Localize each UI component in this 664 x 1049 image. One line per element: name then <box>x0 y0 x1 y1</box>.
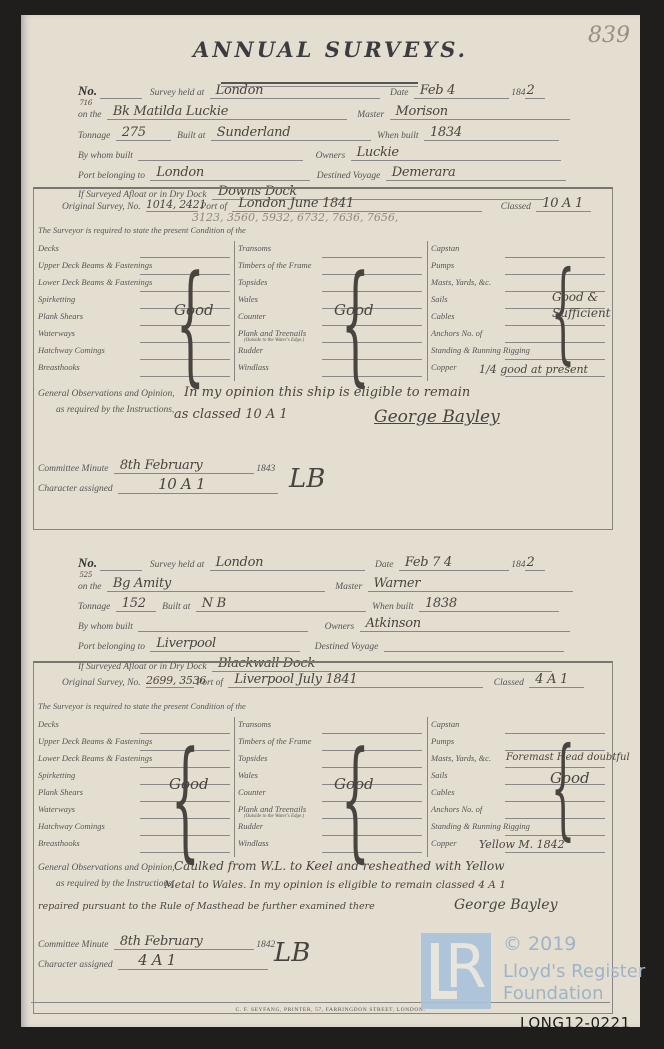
condition-item: Counter <box>238 311 426 328</box>
original-survey-row: Original Survey, No. 2699, 3536 Port of … <box>62 673 584 688</box>
condition-item: Breasthooks <box>38 838 234 855</box>
surveyor-instruction: The Surveyor is required to state the pr… <box>38 701 246 711</box>
survey-held-at-value: London <box>216 555 264 570</box>
observations-line-2: as classed 10 A 1 <box>174 407 288 422</box>
row-on-the: on the Bk Matilda Luckie Master Morison <box>78 105 570 120</box>
committee-minute-value: 8th February <box>120 458 203 473</box>
row-by-whom: By whom built Owners Atkinson <box>78 617 570 632</box>
master-value: Morison <box>396 104 448 119</box>
row-no: No. 525 Survey held at London Date Feb 7… <box>78 555 545 571</box>
condition-item: Plank and Treenails(Outside to the Water… <box>238 328 426 345</box>
brace-2: { <box>341 247 370 399</box>
watermark-copyright: © 2019 <box>503 933 576 955</box>
copper-value: 1/4 good at present <box>479 363 588 376</box>
port-of-value: London June 1841 <box>238 196 354 211</box>
condition-item: Standing & Running Rigging <box>431 821 609 838</box>
classed-value: 4 A 1 <box>535 672 568 687</box>
vessel-name: Bk Matilda Luckie <box>113 104 228 119</box>
condition-item: Transoms <box>238 719 426 736</box>
condition-item: Lower Deck Beams & Fastenings <box>38 753 234 770</box>
col2-condition: Good <box>334 301 374 319</box>
col2-condition: Good <box>334 775 374 793</box>
master-value: Warner <box>374 576 421 591</box>
owners-value: Atkinson <box>366 616 421 631</box>
archive-reference: LONG12-0221 <box>520 1014 631 1032</box>
committee-initials: LB <box>274 938 310 968</box>
condition-item: Capstan <box>431 719 609 736</box>
condition-item: Pumps <box>431 736 609 753</box>
port-belonging-value: Liverpool <box>156 636 215 651</box>
tonnage-value: 275 <box>122 125 146 140</box>
survey-document: ANNUAL SURVEYS. 839 No. 716 Survey held … <box>21 15 640 1027</box>
row-tonnage: Tonnage 152 Built at N B When built 1838 <box>78 597 559 612</box>
vessel-name: Bg Amity <box>113 576 171 591</box>
brace-1: { <box>176 247 205 399</box>
port-belonging-value: London <box>156 165 204 180</box>
original-survey-row: Original Survey, No. 1014, 2421 Port of … <box>62 197 591 212</box>
as-required-label: as required by the Instructions, <box>56 879 174 889</box>
brace-2: { <box>341 723 370 875</box>
when-built-value: 1834 <box>430 125 462 140</box>
condition-item: Transoms <box>238 243 426 260</box>
original-survey-extra: 3123, 3560, 5932, 6732, 7636, 7656, <box>192 211 398 224</box>
plank-note: (Outside to the Water's Edge.) <box>244 338 304 343</box>
condition-column-2: TransomsTimbers of the FrameTopsidesWale… <box>238 243 426 379</box>
original-survey-number: 2699, 3536 <box>146 674 206 687</box>
character-assigned-value: 10 A 1 <box>158 475 205 493</box>
condition-item: Pumps <box>431 260 609 277</box>
condition-item: Timbers of the Frame <box>238 260 426 277</box>
document-title: ANNUAL SURVEYS. <box>21 37 640 62</box>
character-assigned-row: Character assigned 10 A 1 <box>38 479 278 494</box>
committee-initials: LB <box>289 464 325 494</box>
classed-value: 10 A 1 <box>542 196 583 211</box>
surveyor-instruction: The Surveyor is required to state the pr… <box>38 225 246 235</box>
row-port-belonging: Port belonging to London Destined Voyage… <box>78 166 566 181</box>
condition-item: Windlass <box>238 838 426 855</box>
row-port-belonging: Port belonging to Liverpool Destined Voy… <box>78 637 564 652</box>
condition-item: Capstan <box>431 243 609 260</box>
condition-item: Anchors No. of <box>431 804 609 821</box>
watermark-line-2: Foundation <box>503 983 603 1004</box>
condition-item: Waterways <box>38 804 234 821</box>
as-required-label: as required by the Instructions, <box>56 405 174 415</box>
col3-condition: Good & Sufficient <box>552 289 612 321</box>
committee-minute-row: Committee Minute 8th February 1842 <box>38 935 275 950</box>
character-assigned-value: 4 A 1 <box>138 951 176 969</box>
condition-item: Rudder <box>238 821 426 838</box>
when-built-value: 1838 <box>425 596 457 611</box>
surveyor-signature: George Bayley <box>454 897 558 913</box>
condition-item: Wales <box>238 770 426 787</box>
character-assigned-row: Character assigned 4 A 1 <box>38 955 268 970</box>
margin-number: 839 <box>588 23 630 48</box>
survey-held-at-value: London <box>216 83 264 98</box>
brace-1: { <box>171 723 200 875</box>
row-by-whom: By whom built Owners Luckie <box>78 146 561 161</box>
col1-condition: Good <box>169 775 209 793</box>
survey-1-condition-box: Original Survey, No. 1014, 2421 Port of … <box>33 187 613 530</box>
tonnage-value: 152 <box>122 596 146 611</box>
committee-minute-value: 8th February <box>120 934 203 949</box>
condition-item: Hatchway Comings <box>38 821 234 838</box>
year-suffix: 2 <box>526 555 534 570</box>
observations-line-3: repaired pursuant to the Rule of Masthea… <box>38 901 375 912</box>
row-on-the: on the Bg Amity Master Warner <box>78 577 573 592</box>
condition-item: Anchors No. of <box>431 328 609 345</box>
copper-value: Yellow M. 1842 <box>479 838 565 851</box>
original-survey-number: 1014, 2421 <box>146 198 206 211</box>
condition-item: Upper Deck Beams & Fastenings <box>38 736 234 753</box>
owners-value: Luckie <box>357 145 399 160</box>
observations-line-1: Caulked from W.L. to Keel and resheathed… <box>174 859 505 873</box>
observations-line-2: Metal to Wales. In my opinion is eligibl… <box>164 879 506 891</box>
brace-3: { <box>551 723 576 851</box>
condition-item: Plank and Treenails(Outside to the Water… <box>238 804 426 821</box>
condition-item: Cables <box>431 787 609 804</box>
condition-item: Windlass <box>238 362 426 379</box>
date-value: Feb 4 <box>420 83 455 98</box>
col3-condition: Good <box>550 769 590 787</box>
built-at-value: Sunderland <box>217 125 290 140</box>
observations-line-1: In my opinion this ship is eligible to r… <box>184 385 470 400</box>
condition-item: Topsides <box>238 753 426 770</box>
condition-item: Wales <box>238 294 426 311</box>
row-tonnage: Tonnage 275 Built at Sunderland When bui… <box>78 126 559 141</box>
printer-imprint: C. F. SEYFANG, PRINTER, 57, FARRINGDON S… <box>21 1007 640 1013</box>
destined-voyage-value: Demerara <box>392 165 456 180</box>
year-suffix: 2 <box>526 83 534 98</box>
built-at-value: N B <box>202 596 226 611</box>
col1-condition: Good <box>174 301 214 319</box>
condition-item: Decks <box>38 719 234 736</box>
row-no: No. 716 Survey held at London Date Feb 4… <box>78 83 545 99</box>
condition-item: Rudder <box>238 345 426 362</box>
plank-note: (Outside to the Water's Edge.) <box>244 814 304 819</box>
committee-minute-row: Committee Minute 8th February 1843 <box>38 459 275 474</box>
condition-item: Counter <box>238 787 426 804</box>
condition-item: Standing & Running Rigging <box>431 345 609 362</box>
condition-column-3: CapstanPumpsMasts, Yards, &c.SailsCables… <box>431 719 609 855</box>
masts-note: Foremast Head doubtful <box>506 752 630 763</box>
condition-column-2: TransomsTimbers of the FrameTopsidesWale… <box>238 719 426 855</box>
watermark-line-1: Lloyd's Register <box>503 961 645 982</box>
date-value: Feb 7 4 <box>405 555 452 570</box>
condition-item: Timbers of the Frame <box>238 736 426 753</box>
general-observations-label: General Observations and Opinion, <box>38 389 175 399</box>
lr-logo-icon: R <box>421 933 491 1009</box>
surveyor-signature: George Bayley <box>374 407 500 427</box>
general-observations-label: General Observations and Opinion, <box>38 863 175 873</box>
condition-item: Topsides <box>238 277 426 294</box>
port-of-value: Liverpool July 1841 <box>234 672 357 687</box>
